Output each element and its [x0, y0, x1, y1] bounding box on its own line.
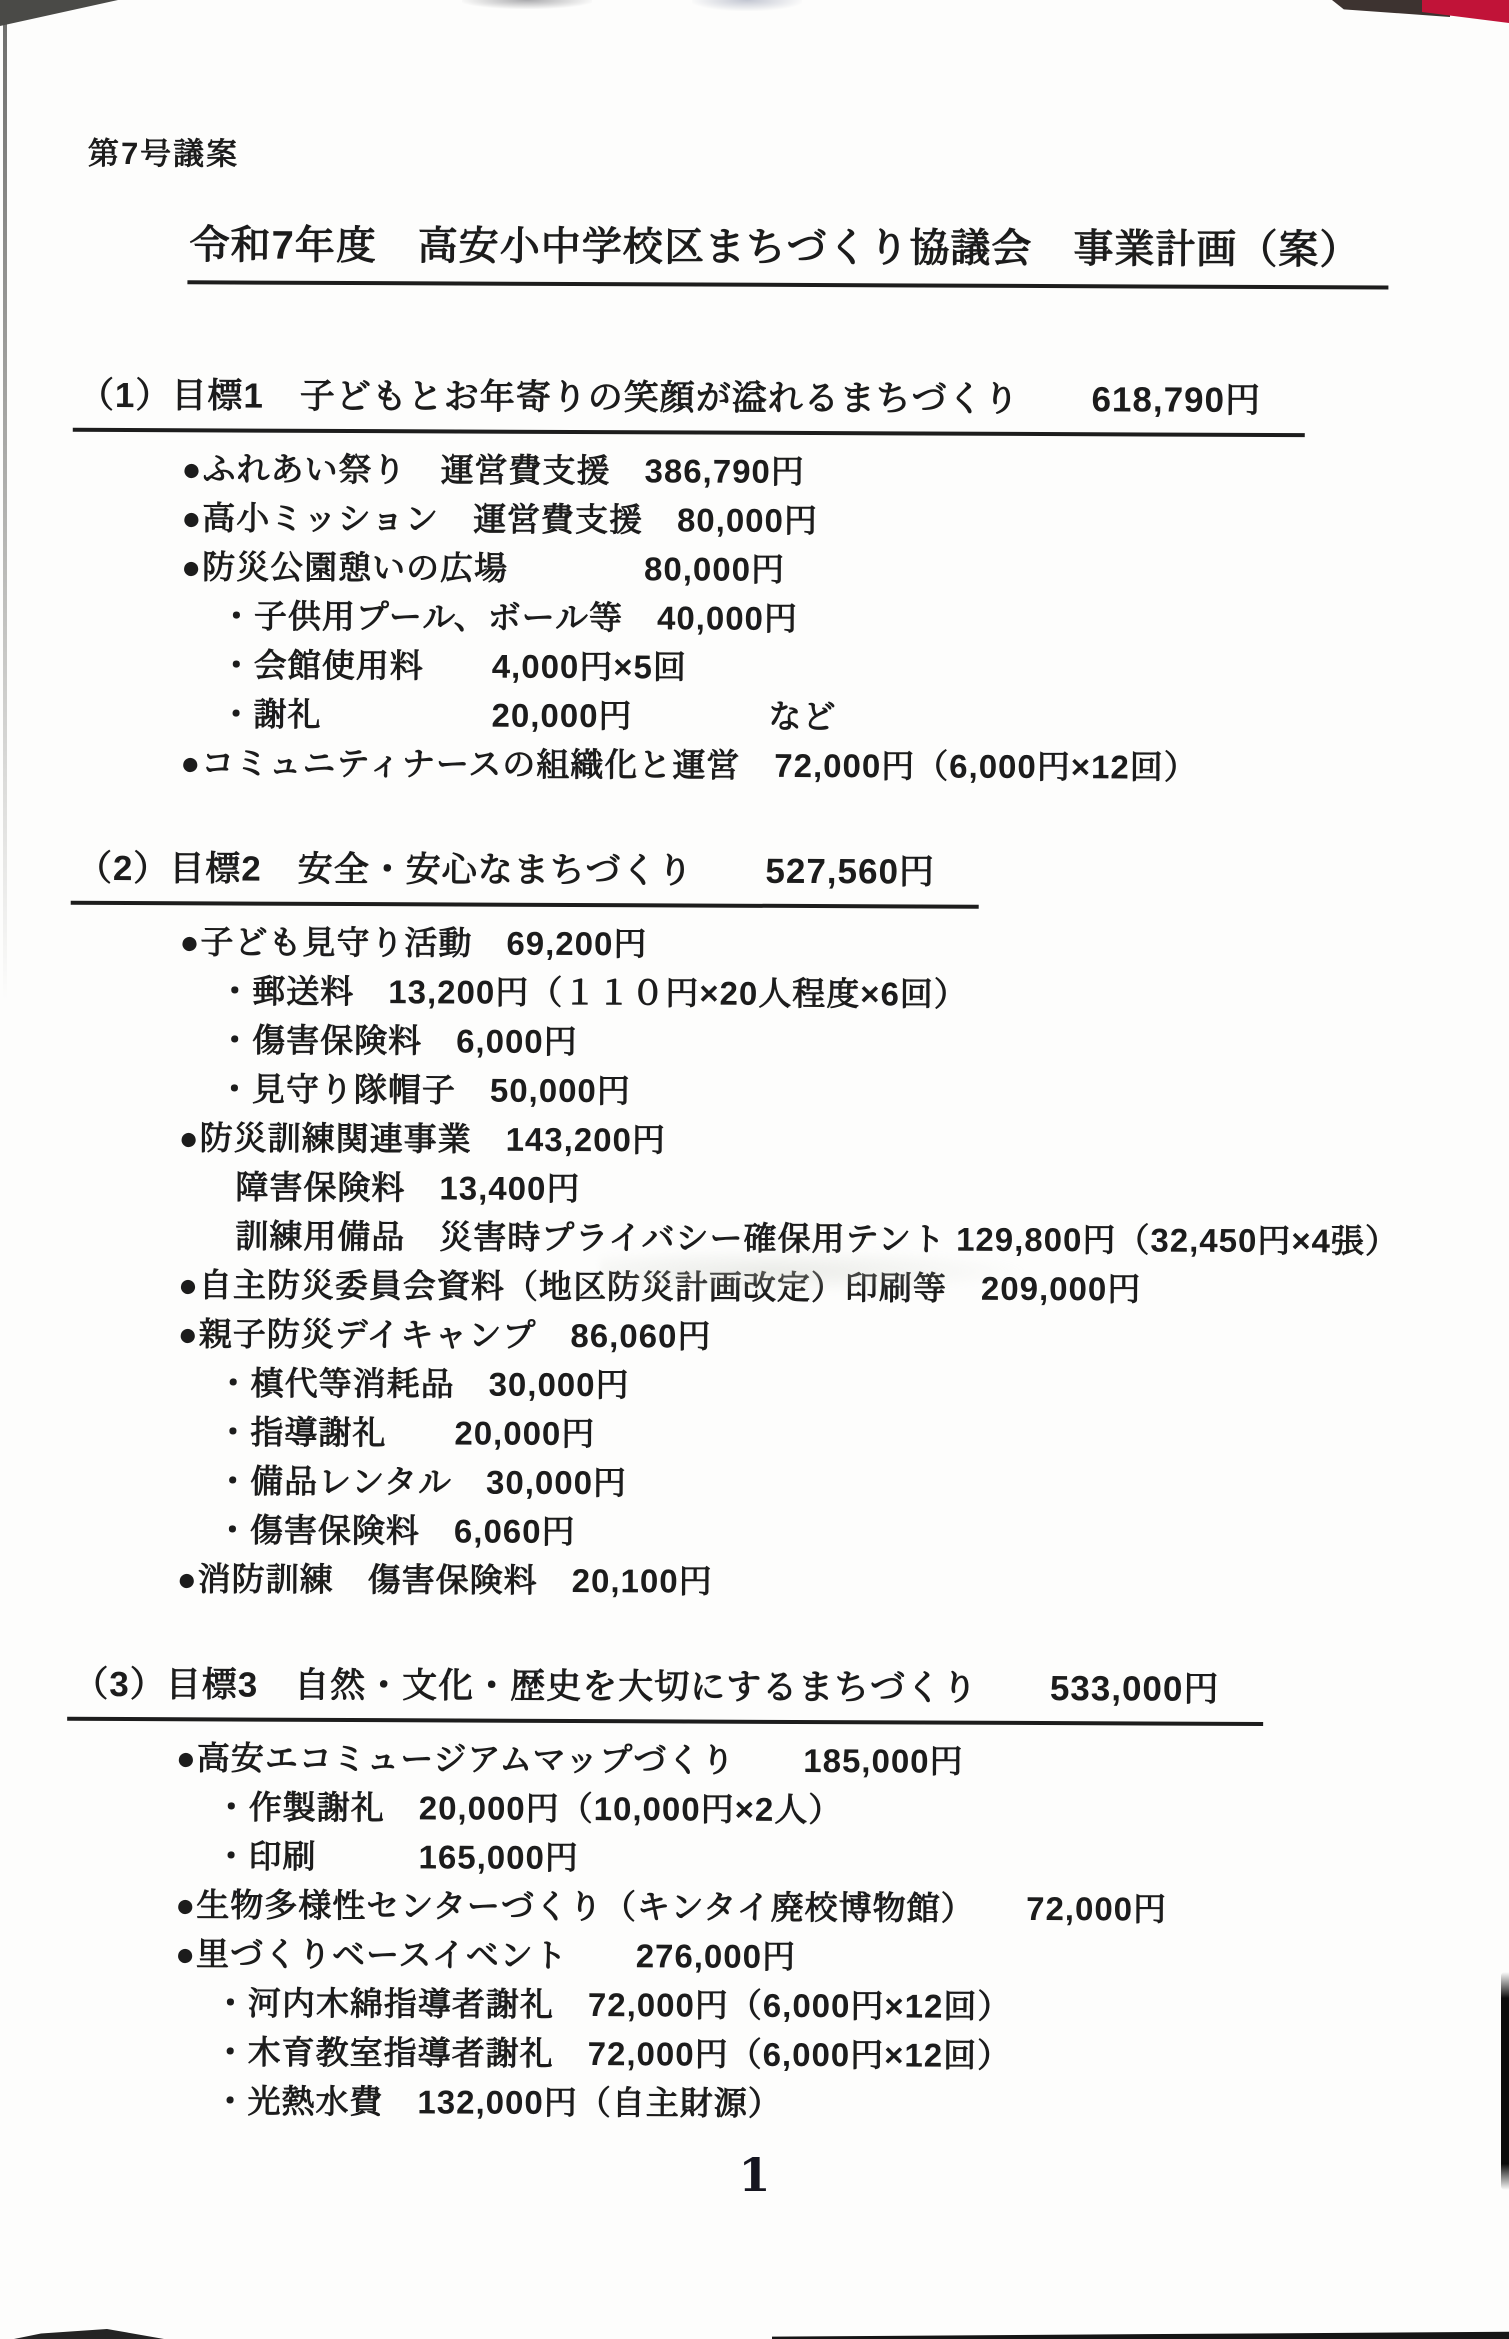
list-item: ・備品レンタル 30,000円 — [216, 1456, 1503, 1511]
scan-smudge — [692, 0, 802, 11]
scan-smudge — [462, 0, 592, 9]
section-heading: （2）目標2 安全・安心なまちづくり 527,560円 — [71, 841, 979, 909]
list-item: ・印刷 165,000円 — [214, 1831, 1501, 1886]
document-number: 第7号議案 — [88, 128, 1509, 179]
list-item: ・子供用プール、ボール等 40,000円 — [220, 591, 1507, 646]
section-items: ●高安エコミュージアムマップづくり 185,000円 ・作製謝礼 20,000円… — [0, 1732, 1502, 2131]
list-item: ●高安エコミュージアムマップづくり 185,000円 — [176, 1733, 1502, 1788]
section-goal-3: （3）目標3 自然・文化・歴史を大切にするまちづくり 533,000円 ●高安エ… — [0, 1656, 1502, 2131]
list-item: ・作製謝礼 20,000円（10,000円×2人） — [215, 1782, 1502, 1837]
list-item: ●子ども見守り活動 69,200円 — [179, 917, 1505, 972]
list-item: ・傷害保険料 6,000円 — [218, 1015, 1505, 1070]
list-item: ・光熱水費 132,000円（自主財源） — [213, 2076, 1500, 2131]
list-item: ●親子防災デイキャンプ 86,060円 — [178, 1309, 1504, 1364]
list-item: 障害保険料 13,400円 — [235, 1163, 1504, 1218]
list-item: ・会館使用料 4,000円×5回 — [220, 640, 1507, 695]
section-heading: （3）目標3 自然・文化・歴史を大切にするまちづくり 533,000円 — [67, 1657, 1263, 1726]
list-item: ●防災訓練関連事業 143,200円 — [179, 1113, 1505, 1168]
title-row: 令和7年度 高安小中学校区まちづくり協議会 事業計画（案） — [187, 213, 1508, 290]
list-item: ・謝礼 20,000円 など — [219, 689, 1506, 744]
list-item: ●ふれあい祭り 運営費支援 386,790円 — [182, 444, 1508, 499]
page-number: 1 — [0, 2148, 1509, 2202]
list-item: ●コミュニティナースの組織化と運営 72,000円（6,000円×12回） — [180, 738, 1506, 793]
section-heading: （1）目標1 子どもとお年寄りの笑顔が溢れるまちづくり 618,790円 — [73, 368, 1305, 437]
list-item: ・指導謝礼 20,000円 — [216, 1407, 1503, 1462]
section-goal-1: （1）目標1 子どもとお年寄りの笑顔が溢れるまちづくり 618,790円 ●ふれ… — [0, 367, 1508, 793]
list-item: ・見守り隊帽子 50,000円 — [218, 1064, 1505, 1119]
list-item: ●生物多様性センターづくり（キンタイ廃校博物館） 72,000円 — [175, 1880, 1501, 1935]
list-item: ・傷害保険料 6,060円 — [216, 1505, 1503, 1560]
document-content: 第7号議案 令和7年度 高安小中学校区まちづくり協議会 事業計画（案） （1）目… — [0, 0, 1509, 2339]
list-item: ・郵送料 13,200円（１１０円×20人程度×6回） — [218, 966, 1505, 1021]
scan-edge-left — [3, 20, 7, 1000]
list-item: ●防災公園憩いの広場 80,000円 — [181, 542, 1507, 597]
list-item: ・槙代等消耗品 30,000円 — [217, 1358, 1504, 1413]
list-item: ・木育教室指導者謝礼 72,000円（6,000円×12回） — [214, 2027, 1501, 2082]
list-item: ・河内木綿指導者謝礼 72,000円（6,000円×12回） — [214, 1978, 1501, 2033]
scanned-document-page: 第7号議案 令和7年度 高安小中学校区まちづくり協議会 事業計画（案） （1）目… — [0, 0, 1509, 2339]
page-title: 令和7年度 高安小中学校区まちづくり協議会 事業計画（案） — [187, 213, 1388, 289]
list-item: ●高小ミッション 運営費支援 80,000円 — [181, 493, 1507, 548]
section-goal-2: （2）目標2 安全・安心なまちづくり 527,560円 ●子ども見守り活動 69… — [0, 840, 1506, 1609]
scan-edge-right — [1501, 1972, 1509, 2190]
ink-bleed-artifact — [600, 1248, 1030, 1294]
section-items: ●ふれあい祭り 運営費支援 386,790円 ●高小ミッション 運営費支援 80… — [0, 443, 1508, 793]
list-item: ●消防訓練 傷害保険料 20,100円 — [177, 1554, 1503, 1609]
list-item: ●里づくりベースイベント 276,000円 — [175, 1929, 1501, 1984]
